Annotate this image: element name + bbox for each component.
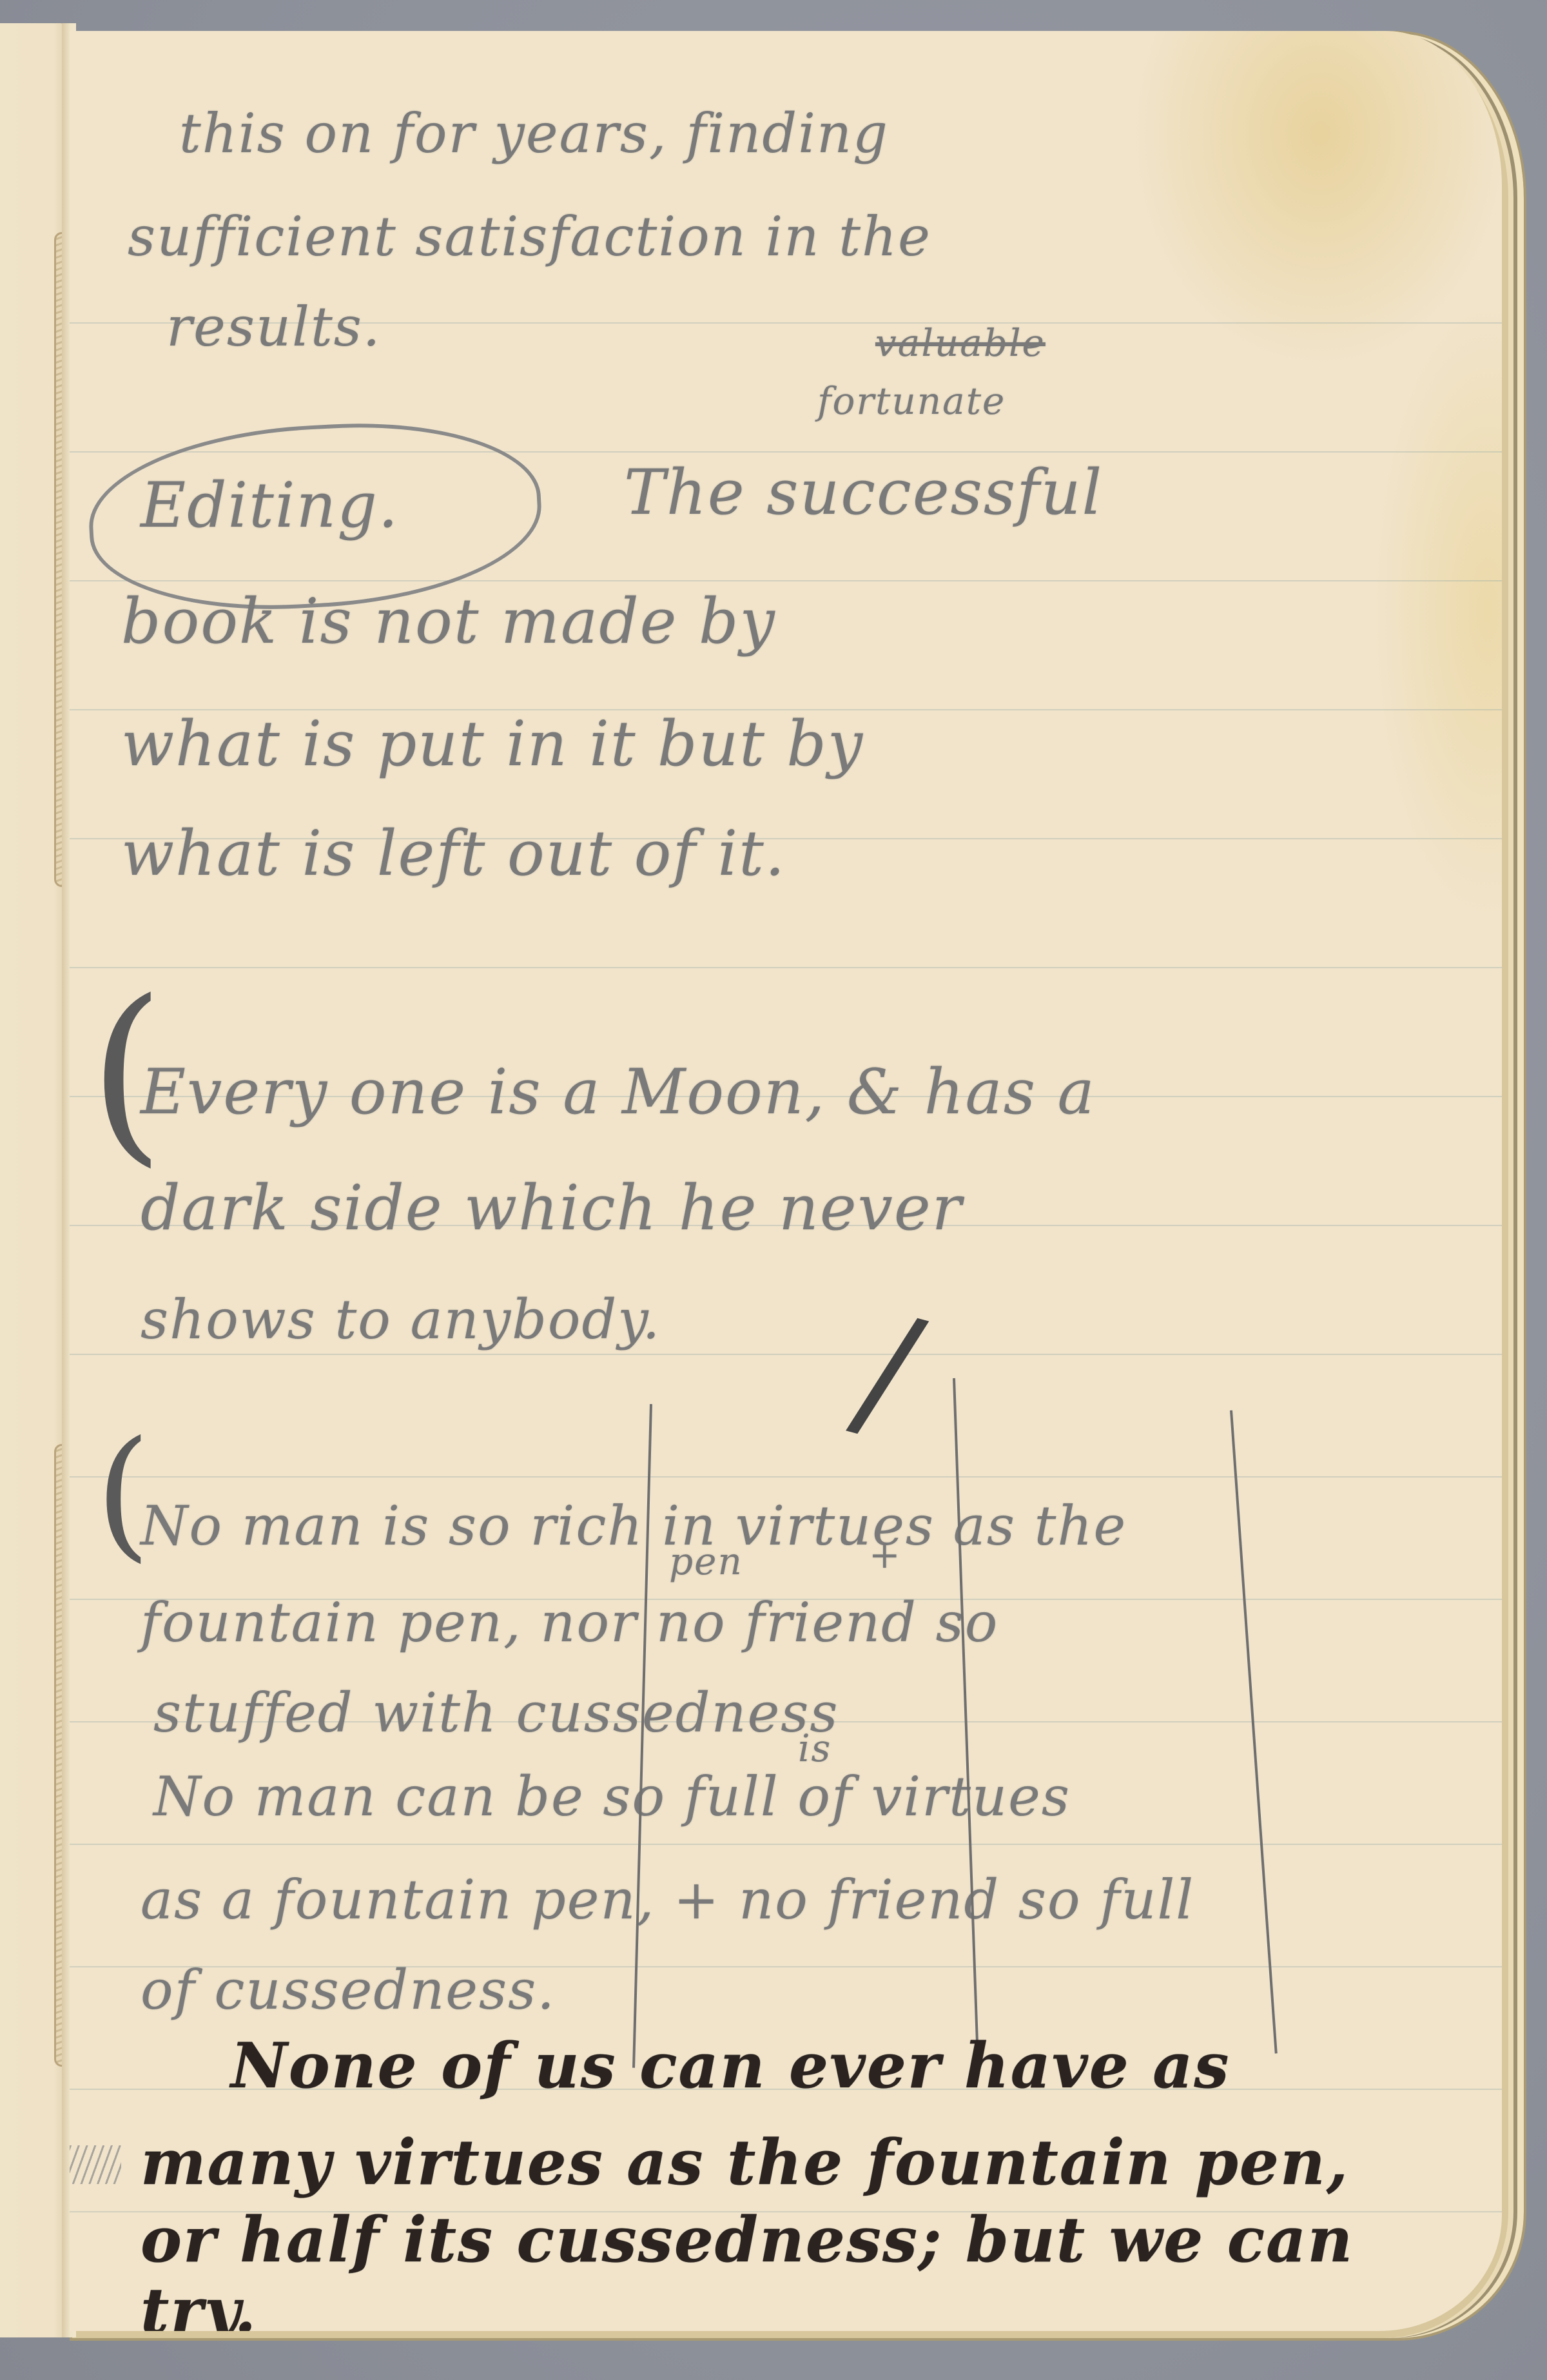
moon-line-2: dark side which he never (141, 1172, 963, 1244)
insertion-valuable-struck: valuable (875, 321, 1046, 365)
top-line-2: sufficient satisfaction in the (128, 205, 931, 268)
final-line-3: or half its cussedness; but we can (141, 2203, 1354, 2276)
draft1-insertion-plus: + (869, 1533, 902, 1577)
cancel-line (953, 1378, 980, 2074)
draft1-line-3: stuffed with cussedness (153, 1681, 839, 1744)
cancel-line (1230, 1410, 1278, 2054)
final-line-1: None of us can ever have as (231, 2029, 1230, 2102)
final-line-2: many virtues as the fountain pen, (141, 2126, 1349, 2199)
margin-label-editing: Editing. (141, 469, 399, 541)
top-line-1: this on for years, finding (179, 102, 889, 165)
notebook-page: this on for years, finding sufficient sa… (70, 31, 1502, 2331)
rule-line (70, 967, 1502, 968)
rule-line (70, 1844, 1502, 1845)
editing-line-2: book is not made by (121, 585, 776, 658)
moon-line-1: Every one is a Moon, & has a (141, 1056, 1096, 1128)
insertion-fortunate: fortunate (817, 379, 1006, 423)
final-line-4: try. (141, 2274, 257, 2331)
rule-line (70, 1354, 1502, 1355)
close-slash-mark: / (840, 1278, 937, 1465)
rule-line (70, 1476, 1502, 1478)
draft1-line-1: No man is so rich in virtues as the (141, 1494, 1127, 1557)
editing-line-3: what is put in it but by (121, 708, 864, 780)
editing-line-1: The successful (624, 456, 1103, 529)
top-line-3: results. (166, 295, 382, 358)
draft2-line-3: of cussedness. (141, 1958, 556, 2022)
draft1-insertion-pen: pen (669, 1539, 743, 1583)
draft2-line-2: as a fountain pen, + no friend so full (141, 1868, 1194, 1931)
draft2-insertion-is: is (798, 1726, 832, 1770)
margin-scribble (70, 2145, 121, 2184)
moon-line-3: shows to anybody. (141, 1288, 661, 1351)
editing-line-4: what is left out of it. (121, 817, 786, 890)
draft2-line-1: No man can be so full of virtues (153, 1765, 1071, 1828)
draft1-line-2: fountain pen, nor no friend so (141, 1591, 998, 1654)
